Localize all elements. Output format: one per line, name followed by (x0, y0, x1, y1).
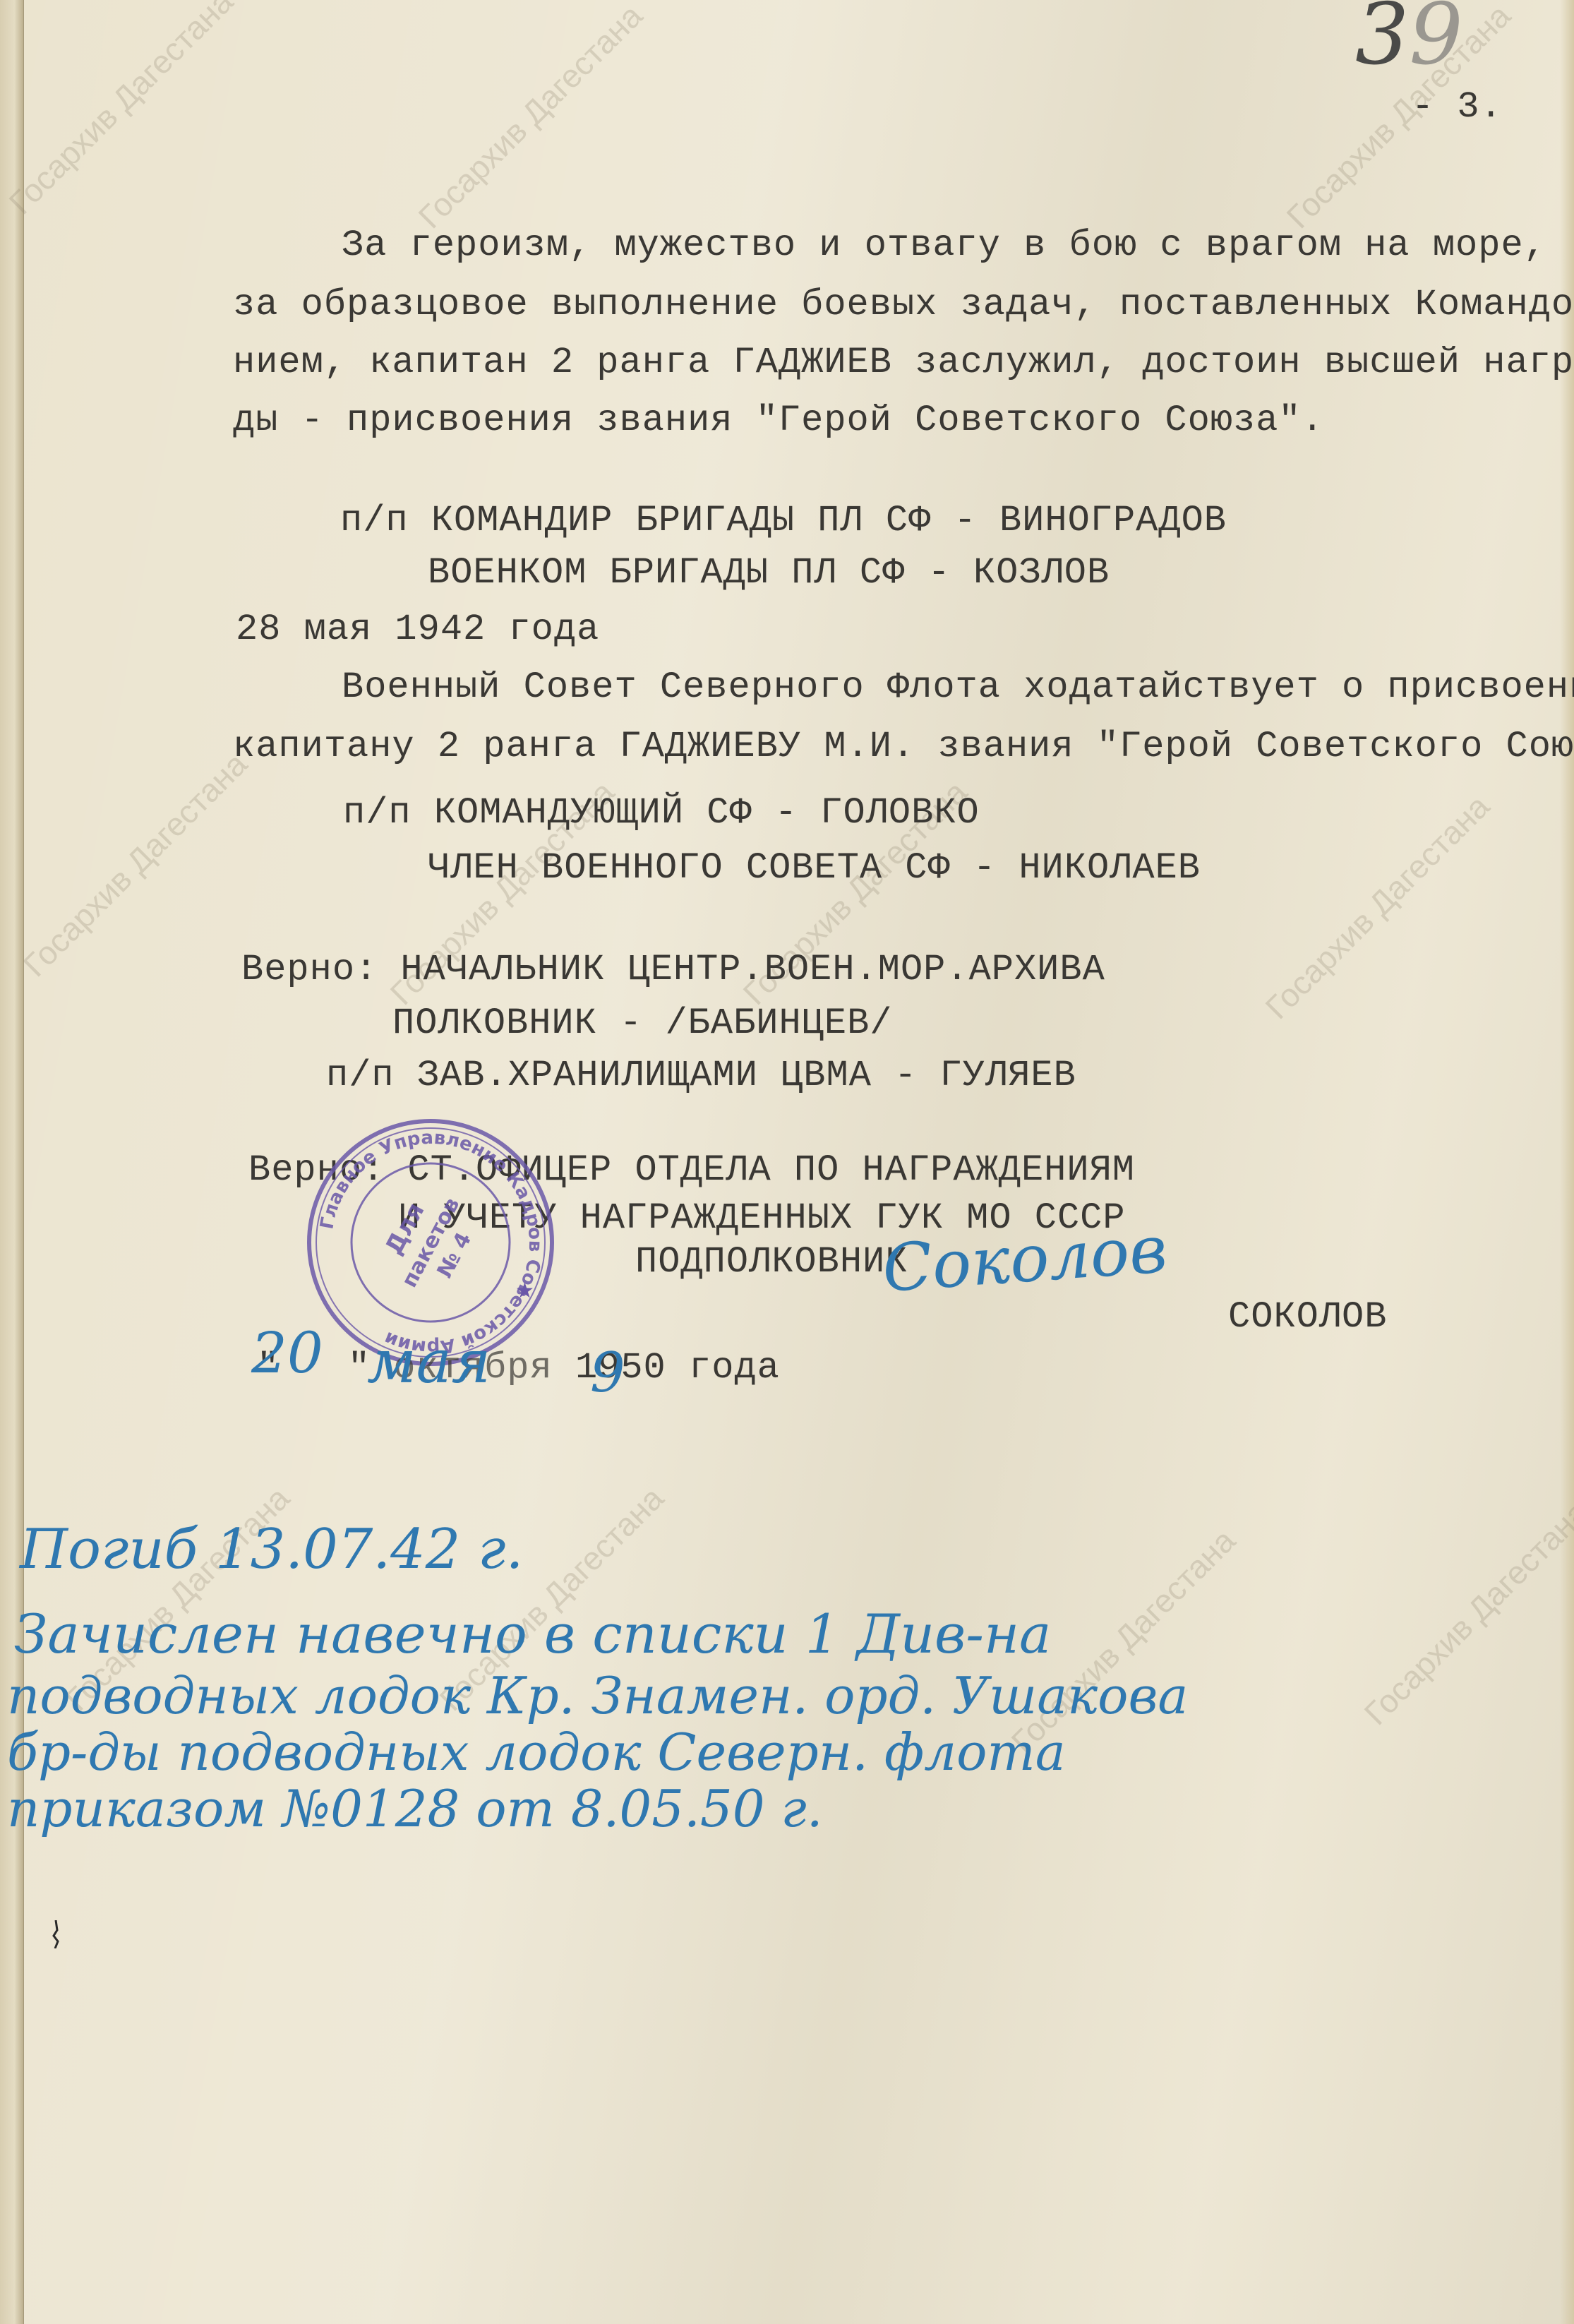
paragraph-line: За героизм, мужество и отвагу в бою с вр… (342, 224, 1546, 266)
signer-name: СОКОЛОВ (1228, 1296, 1387, 1338)
page-number: - 3. (1412, 86, 1503, 128)
council-paragraph-line: капитану 2 ранга ГАДЖИЕВУ М.И. звания "Г… (233, 726, 1574, 767)
handwritten-note-line: Погиб 13.07.42 г. (20, 1518, 523, 1581)
final-date-line: " " октября 1950 года (257, 1347, 780, 1389)
handwritten-note-line: приказом №0128 от 8.05.50 г. (7, 1779, 823, 1838)
handwritten-month: мая (367, 1327, 491, 1396)
certification-archive-line: п/п ЗАВ.ХРАНИЛИЩАМИ ЦВМА - ГУЛЯЕВ (326, 1055, 1076, 1096)
svg-text:★: ★ (515, 1278, 534, 1303)
signature-line-fleet-commander: п/п КОМАНДУЮЩИЙ СФ - ГОЛОВКО (343, 792, 980, 834)
signature-line-council-member: ЧЛЕН ВОЕННОГО СОВЕТА СФ - НИКОЛАЕВ (428, 847, 1201, 889)
archive-folio-number: 39 (1355, 0, 1463, 84)
watermark: Госархив Дагестана (1357, 1493, 1574, 1732)
handwritten-day: 20 (251, 1320, 323, 1386)
watermark: Госархив Дагестана (16, 745, 255, 984)
signature-line-brigade-commander: п/п КОМАНДИР БРИГАДЫ ПЛ СФ - ВИНОГРАДОВ (340, 500, 1227, 541)
handwritten-year-digit: 9 (590, 1341, 625, 1405)
signature-line-brigade-commissar: ВОЕНКОМ БРИГАДЫ ПЛ СФ - КОЗЛОВ (428, 552, 1110, 594)
binding-edge (0, 0, 24, 2324)
paragraph-line: нием, капитан 2 ранга ГАДЖИЕВ заслужил, … (233, 342, 1574, 383)
handwritten-note-line: бр-ды подводных лодок Северн. флота (7, 1723, 1066, 1782)
handwritten-note-line: подводных лодок Кр. Знамен. орд. Ушакова (7, 1666, 1188, 1725)
certification-archive-line: ПОЛКОВНИК - /БАБИНЦЕВ/ (392, 1002, 893, 1044)
paragraph-line: ды - присвоения звания "Герой Советского… (233, 400, 1324, 441)
handwritten-note-line: Зачислен навечно в списки 1 Див-на (14, 1603, 1051, 1665)
brigade-date: 28 мая 1942 года (236, 609, 599, 650)
paragraph-line: за образцовое выполнение боевых задач, п… (233, 284, 1574, 325)
paper-tear-mark-icon (51, 1920, 61, 1948)
certification-awards-rank: ПОДПОЛКОВНИК (635, 1241, 908, 1283)
watermark: Госархив Дагестана (1, 0, 241, 222)
watermark: Госархив Дагестана (1258, 787, 1497, 1026)
certification-archive-line: Верно: НАЧАЛЬНИК ЦЕНТР.ВОЕН.МОР.АРХИВА (241, 949, 1105, 990)
watermark: Госархив Дагестана (411, 0, 650, 236)
document-page: Госархив Дагестана Госархив Дагестана Го… (0, 0, 1574, 2324)
council-paragraph-line: Военный Совет Северного Флота ходатайств… (342, 666, 1574, 708)
